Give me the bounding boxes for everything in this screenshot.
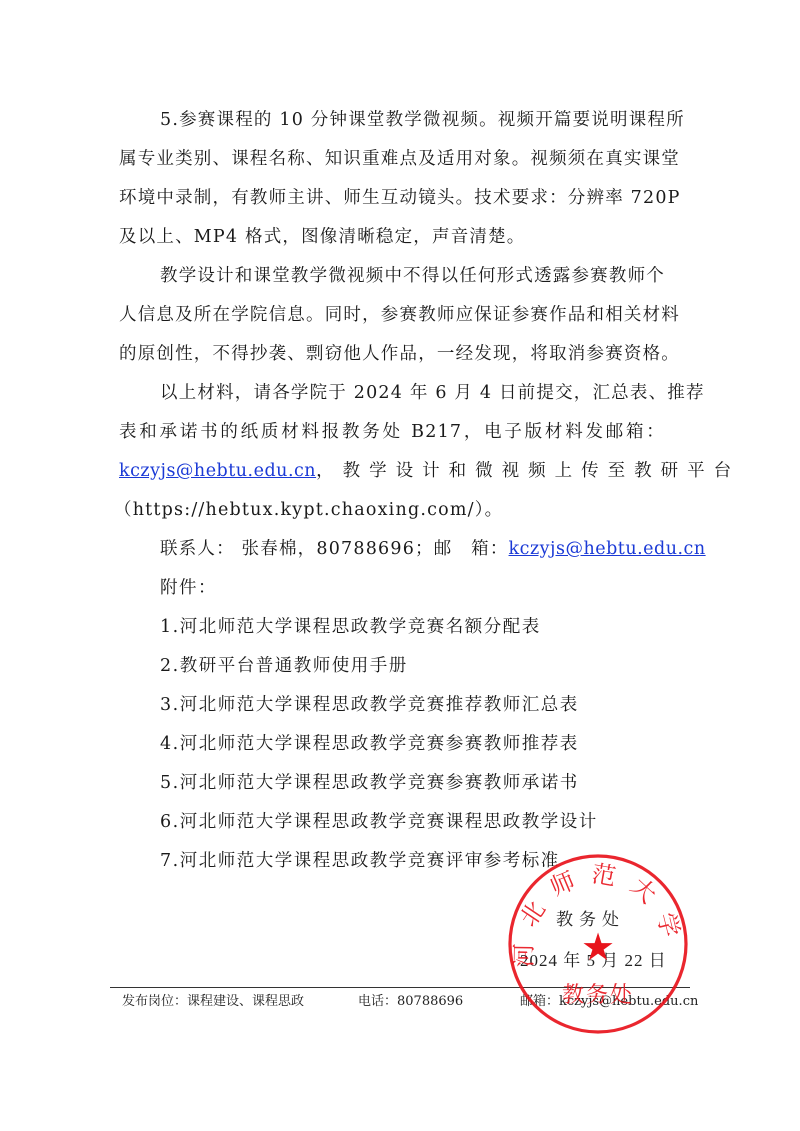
attachment-item: 2.教研平台普通教师使用手册	[160, 655, 408, 677]
upload-text: ，教学设计和微视频上传至教研平台	[316, 460, 740, 482]
para2-line-1: 教学设计和课堂教学微视频中不得以任何形式透露参赛教师个	[160, 265, 665, 287]
seal-bottom-text: 教务处	[562, 983, 634, 1008]
platform-url: （https://hebtux.kypt.chaoxing.com/）。	[114, 499, 660, 521]
para3-line-2: 表和承诺书的纸质材料报教务处 B217，电子版材料发邮箱：	[119, 421, 665, 443]
footer-post: 发布岗位：课程建设、课程思政	[122, 990, 304, 1009]
para2-line-3: 的原创性，不得抄袭、剽窃他人作品，一经发现，将取消参赛资格。	[119, 343, 665, 365]
contact-text: 联系人： 张春棉，80788696；邮 箱：	[160, 539, 509, 559]
attachment-item: 1.河北师范大学课程思政教学竞赛名额分配表	[160, 616, 541, 638]
document-page: 5.参赛课程的 10 分钟课堂教学微视频。视频开篇要说明课程所 属专业类别、课程…	[0, 0, 800, 1131]
para1-line-1: 5.参赛课程的 10 分钟课堂教学微视频。视频开篇要说明课程所	[160, 109, 665, 131]
contact-line: 联系人： 张春棉，80788696；邮 箱：kczyjs@hebtu.edu.c…	[160, 538, 670, 560]
official-seal-icon: 河北师范大学 ★ 教务处	[506, 852, 690, 1036]
attachment-item: 5.河北师范大学课程思政教学竞赛参赛教师承诺书	[160, 772, 579, 794]
contact-email-link[interactable]: kczyjs@hebtu.edu.cn	[509, 539, 706, 559]
attachment-item: 6.河北师范大学课程思政教学竞赛课程思政教学设计	[160, 811, 598, 833]
para2-line-2: 人信息及所在学院信息。同时，参赛教师应保证参赛作品和相关材料	[119, 304, 665, 326]
para3-line-3: kczyjs@hebtu.edu.cn ，教学设计和微视频上传至教研平台	[119, 460, 665, 482]
para1-line-2: 属专业类别、课程名称、知识重难点及适用对象。视频须在真实课堂	[119, 148, 665, 170]
para1-line-4: 及以上、MP4 格式，图像清晰稳定，声音清楚。	[119, 226, 665, 248]
attachments-label: 附件：	[160, 577, 217, 599]
attachment-item: 7.河北师范大学课程思政教学竞赛评审参考标准	[160, 850, 560, 872]
footer-phone: 电话：80788696	[358, 990, 463, 1009]
email-link[interactable]: kczyjs@hebtu.edu.cn	[119, 460, 316, 482]
seal-star-icon: ★	[581, 925, 615, 969]
attachment-item: 3.河北师范大学课程思政教学竞赛推荐教师汇总表	[160, 694, 579, 716]
para1-line-3: 环境中录制，有教师主讲、师生互动镜头。技术要求：分辨率 720P	[119, 187, 665, 209]
para3-line-1: 以上材料，请各学院于 2024 年 6 月 4 日前提交，汇总表、推荐	[160, 382, 665, 404]
attachment-item: 4.河北师范大学课程思政教学竞赛参赛教师推荐表	[160, 733, 579, 755]
